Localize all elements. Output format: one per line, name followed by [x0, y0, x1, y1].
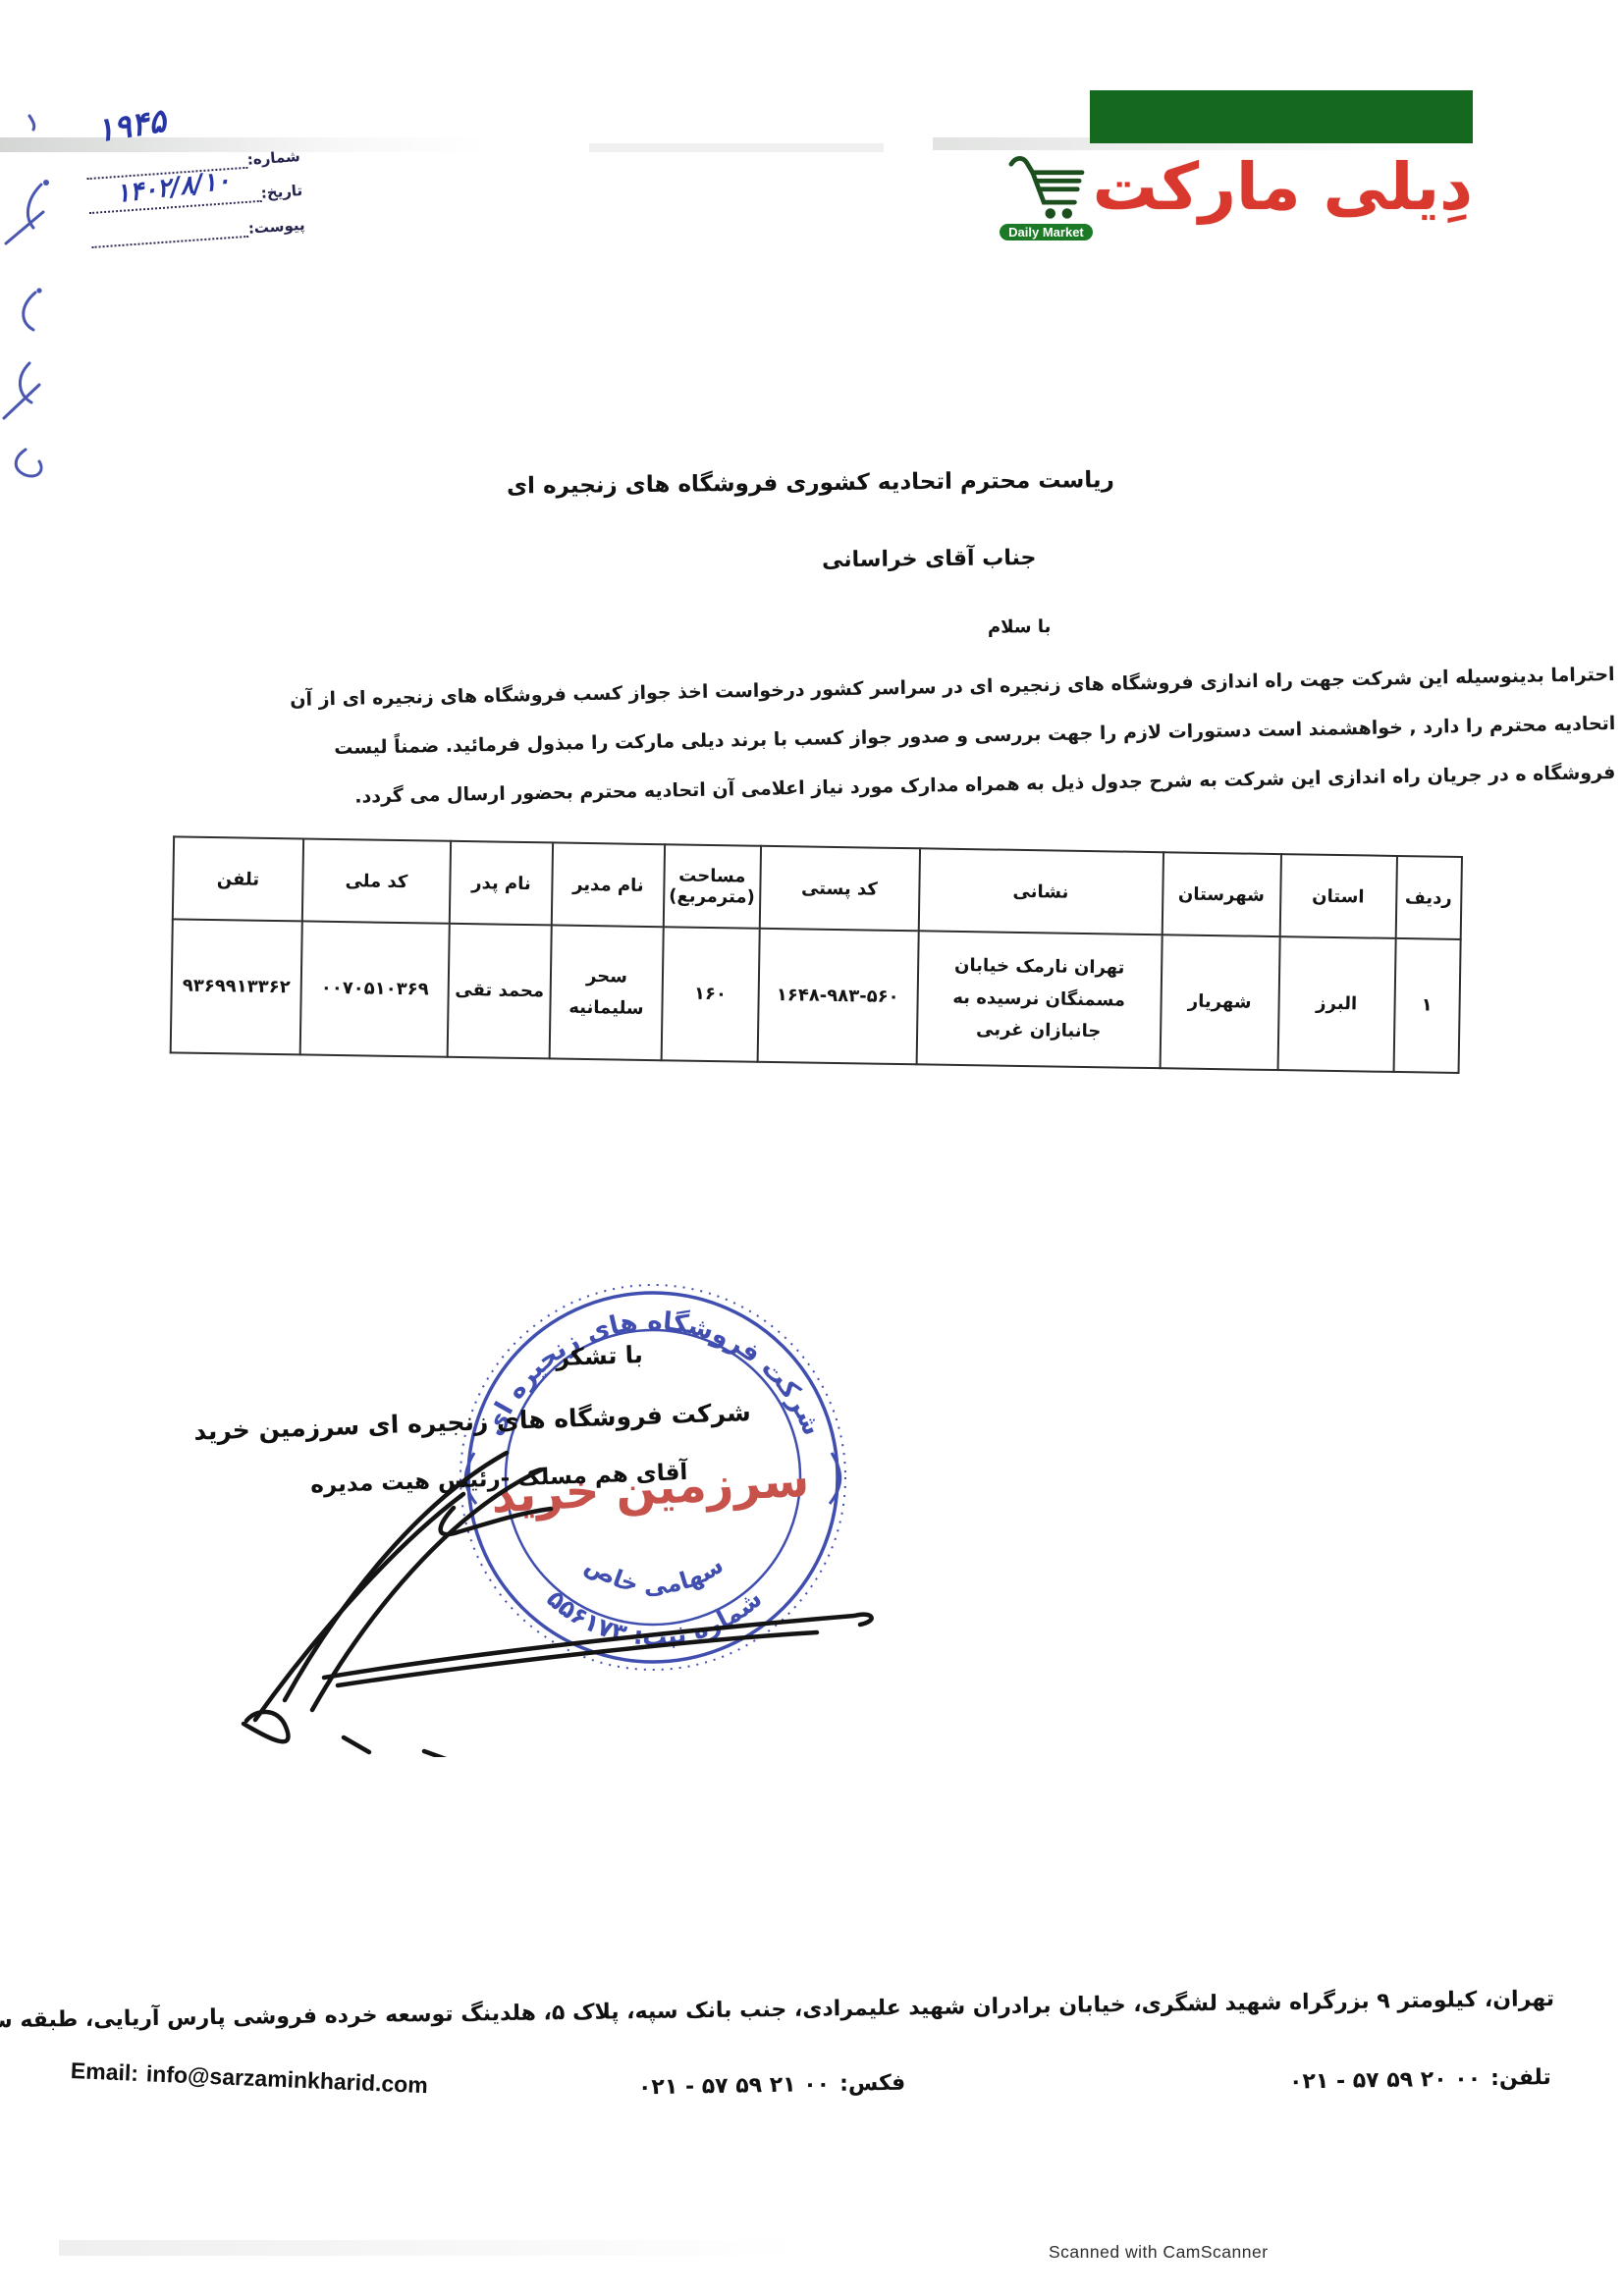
margin-handwriting-marks: [0, 69, 69, 481]
footer-phone: تلفن: ۰۲۱ - ۵۷ ۵۹ ۲۰ ۰۰: [1289, 2065, 1551, 2095]
ref-date-label: تاریخ:: [260, 182, 302, 202]
recipient-name: جناب آقای خراسانی: [821, 546, 1036, 572]
cell-manager-name: سحر سلیمانیه: [550, 925, 664, 1060]
cell-father-name: محمد تقی: [448, 924, 552, 1059]
col-header-manager-name: نام مدیر: [552, 842, 665, 927]
phone-number: ۰۲۱ - ۵۷ ۵۹ ۲۰ ۰۰: [1289, 2066, 1482, 2094]
dotted-leader: [91, 223, 249, 248]
footer-email: Email: info@sarzaminkharid.com: [70, 2057, 428, 2099]
table-row: ۱ البرز شهریار تهران نارمک خیابان مسمنگا…: [171, 919, 1461, 1073]
shopping-cart-icon: [1003, 149, 1088, 222]
ref-number-label: شماره:: [246, 147, 300, 169]
footer-fax: فکس: ۰۲۱ - ۵۷ ۵۹ ۲۱ ۰۰: [638, 2071, 906, 2101]
col-header-father-name: نام پدر: [450, 841, 553, 926]
col-header-county: شهرستان: [1163, 852, 1281, 936]
recipient-title: ریاست محترم اتحادیه کشوری فروشگاه های زن…: [507, 467, 1114, 499]
closing-thanks: با تشکر: [556, 1341, 644, 1371]
cell-phone: ۹۳۶۹۹۱۳۳۶۲: [171, 919, 302, 1054]
logo-brand-persian: دِیلی مارکت: [1093, 145, 1473, 230]
handwritten-signature: [226, 1414, 903, 1757]
col-header-phone: تلفن: [173, 836, 303, 921]
cell-national-id: ۰۰۷۰۵۱۰۳۶۹: [300, 921, 450, 1056]
email-label: Email:: [70, 2057, 138, 2087]
body-line-2: اتحادیه محترم را دارد , خواهشمند است دست…: [334, 713, 1616, 759]
cell-row: ۱: [1394, 938, 1461, 1073]
handwritten-letter-number: ۱۹۴۵: [93, 101, 168, 150]
body-line-1: احتراما بدینوسیله این شرکت جهت راه انداز…: [290, 664, 1615, 711]
phone-label: تلفن:: [1490, 2065, 1551, 2091]
cell-postal-code: ۱۶۴۸-۹۸۳-۵۶۰: [758, 929, 919, 1065]
ref-attachment-label: پیوست:: [247, 216, 305, 238]
col-header-address: نشانی: [919, 848, 1163, 934]
logo-brand-english-badge: Daily Market: [1000, 224, 1093, 240]
store-info-table: ردیف استان شهرستان نشانی کد پستی مساحت (…: [170, 835, 1463, 1074]
scan-smudge: [589, 143, 884, 152]
camscanner-watermark: Scanned with CamScanner: [1049, 2242, 1269, 2263]
col-header-postal-code: کد پستی: [760, 846, 920, 932]
col-header-area: مساحت (مترمربع): [664, 844, 761, 929]
fax-number: ۰۲۱ - ۵۷ ۵۹ ۲۱ ۰۰: [638, 2072, 831, 2100]
scan-smudge: [0, 137, 491, 152]
footer-address: تهران، کیلومتر ۹ بزرگراه شهید لشگری، خیا…: [0, 1987, 1554, 2034]
col-header-province: استان: [1280, 854, 1397, 938]
cell-province: البرز: [1278, 936, 1396, 1072]
cell-area: ۱۶۰: [662, 927, 760, 1062]
body-line-3: فروشگاه ه در جریان راه اندازی این شرکت ب…: [354, 762, 1616, 808]
col-header-national-id: کد ملی: [302, 838, 451, 923]
scanned-letter-page: { "header": { "ref": { "number_label": "…: [0, 0, 1623, 2296]
ref-attachment-row: پیوست:: [88, 216, 305, 248]
cell-address: تهران نارمک خیابان مسمنگان نرسیده به جان…: [917, 931, 1163, 1068]
email-address: info@sarzaminkharid.com: [145, 2060, 428, 2099]
fax-label: فکس:: [839, 2071, 906, 2097]
col-header-row: ردیف: [1396, 856, 1462, 939]
salutation: با سلام: [988, 616, 1052, 638]
cell-county: شهریار: [1161, 934, 1280, 1070]
logo-green-bar: [1090, 90, 1473, 143]
daily-market-logo: دِیلی مارکت Daily Market: [1031, 90, 1473, 240]
scan-smudge: [59, 2240, 805, 2256]
